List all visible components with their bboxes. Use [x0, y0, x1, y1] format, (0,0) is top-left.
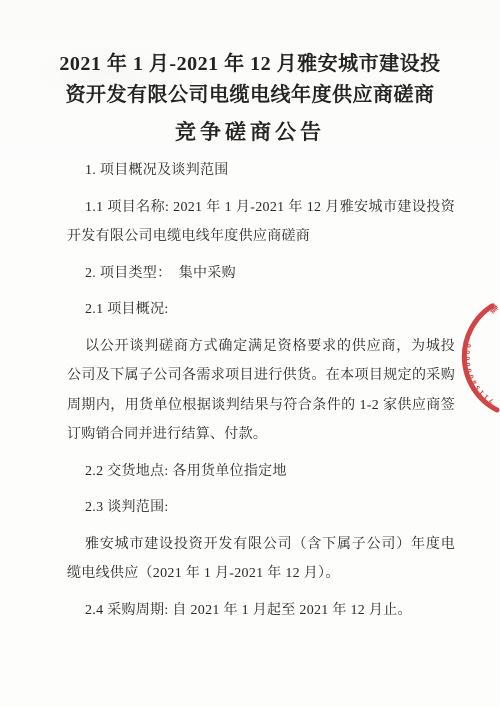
paragraph-item-2-4: 2.4 采购周期: 自 2021 年 1 月起至 2021 年 12 月止。	[67, 596, 455, 626]
paragraph-item-2-3-heading: 2.3 谈判范围:	[67, 493, 455, 523]
paragraph-item-2-2: 2.2 交货地点: 各用货单位指定地	[67, 457, 455, 487]
paragraph-item-2-3-body: 雅安城市建设投资开发有限公司（含下属子公司）年度电缆电线供应（2021 年 1 …	[67, 530, 455, 589]
document-subtitle: 竞争磋商公告	[0, 117, 500, 148]
title-line-2: 资开发有限公司电缆电线年度供应商磋商	[44, 80, 456, 111]
document-title: 2021 年 1 月-2021 年 12 月雅安城市建设投 资开发有限公司电缆电…	[0, 49, 500, 111]
title-line-1: 2021 年 1 月-2021 年 12 月雅安城市建设投	[44, 49, 456, 80]
document-page: 2021 年 1 月-2021 年 12 月雅安城市建设投 资开发有限公司电缆电…	[0, 0, 500, 707]
paragraph-section-2-heading: 2. 项目类型： 集中采购	[67, 259, 455, 289]
paragraph-section-1-heading: 1. 项目概况及谈判范围	[67, 156, 455, 186]
paragraph-item-2-1-heading: 2.1 项目概况:	[67, 295, 455, 325]
paragraph-item-1-1: 1.1 项目名称: 2021 年 1 月-2021 年 12 月雅安城市建设投资…	[67, 193, 455, 252]
document-body: 1. 项目概况及谈判范围 1.1 项目名称: 2021 年 1 月-2021 年…	[0, 156, 500, 625]
paragraph-item-2-1-body: 以公开谈判磋商方式确定满足资格要求的供应商，为城投公司及下属子公司各需求项目进行…	[67, 332, 455, 450]
